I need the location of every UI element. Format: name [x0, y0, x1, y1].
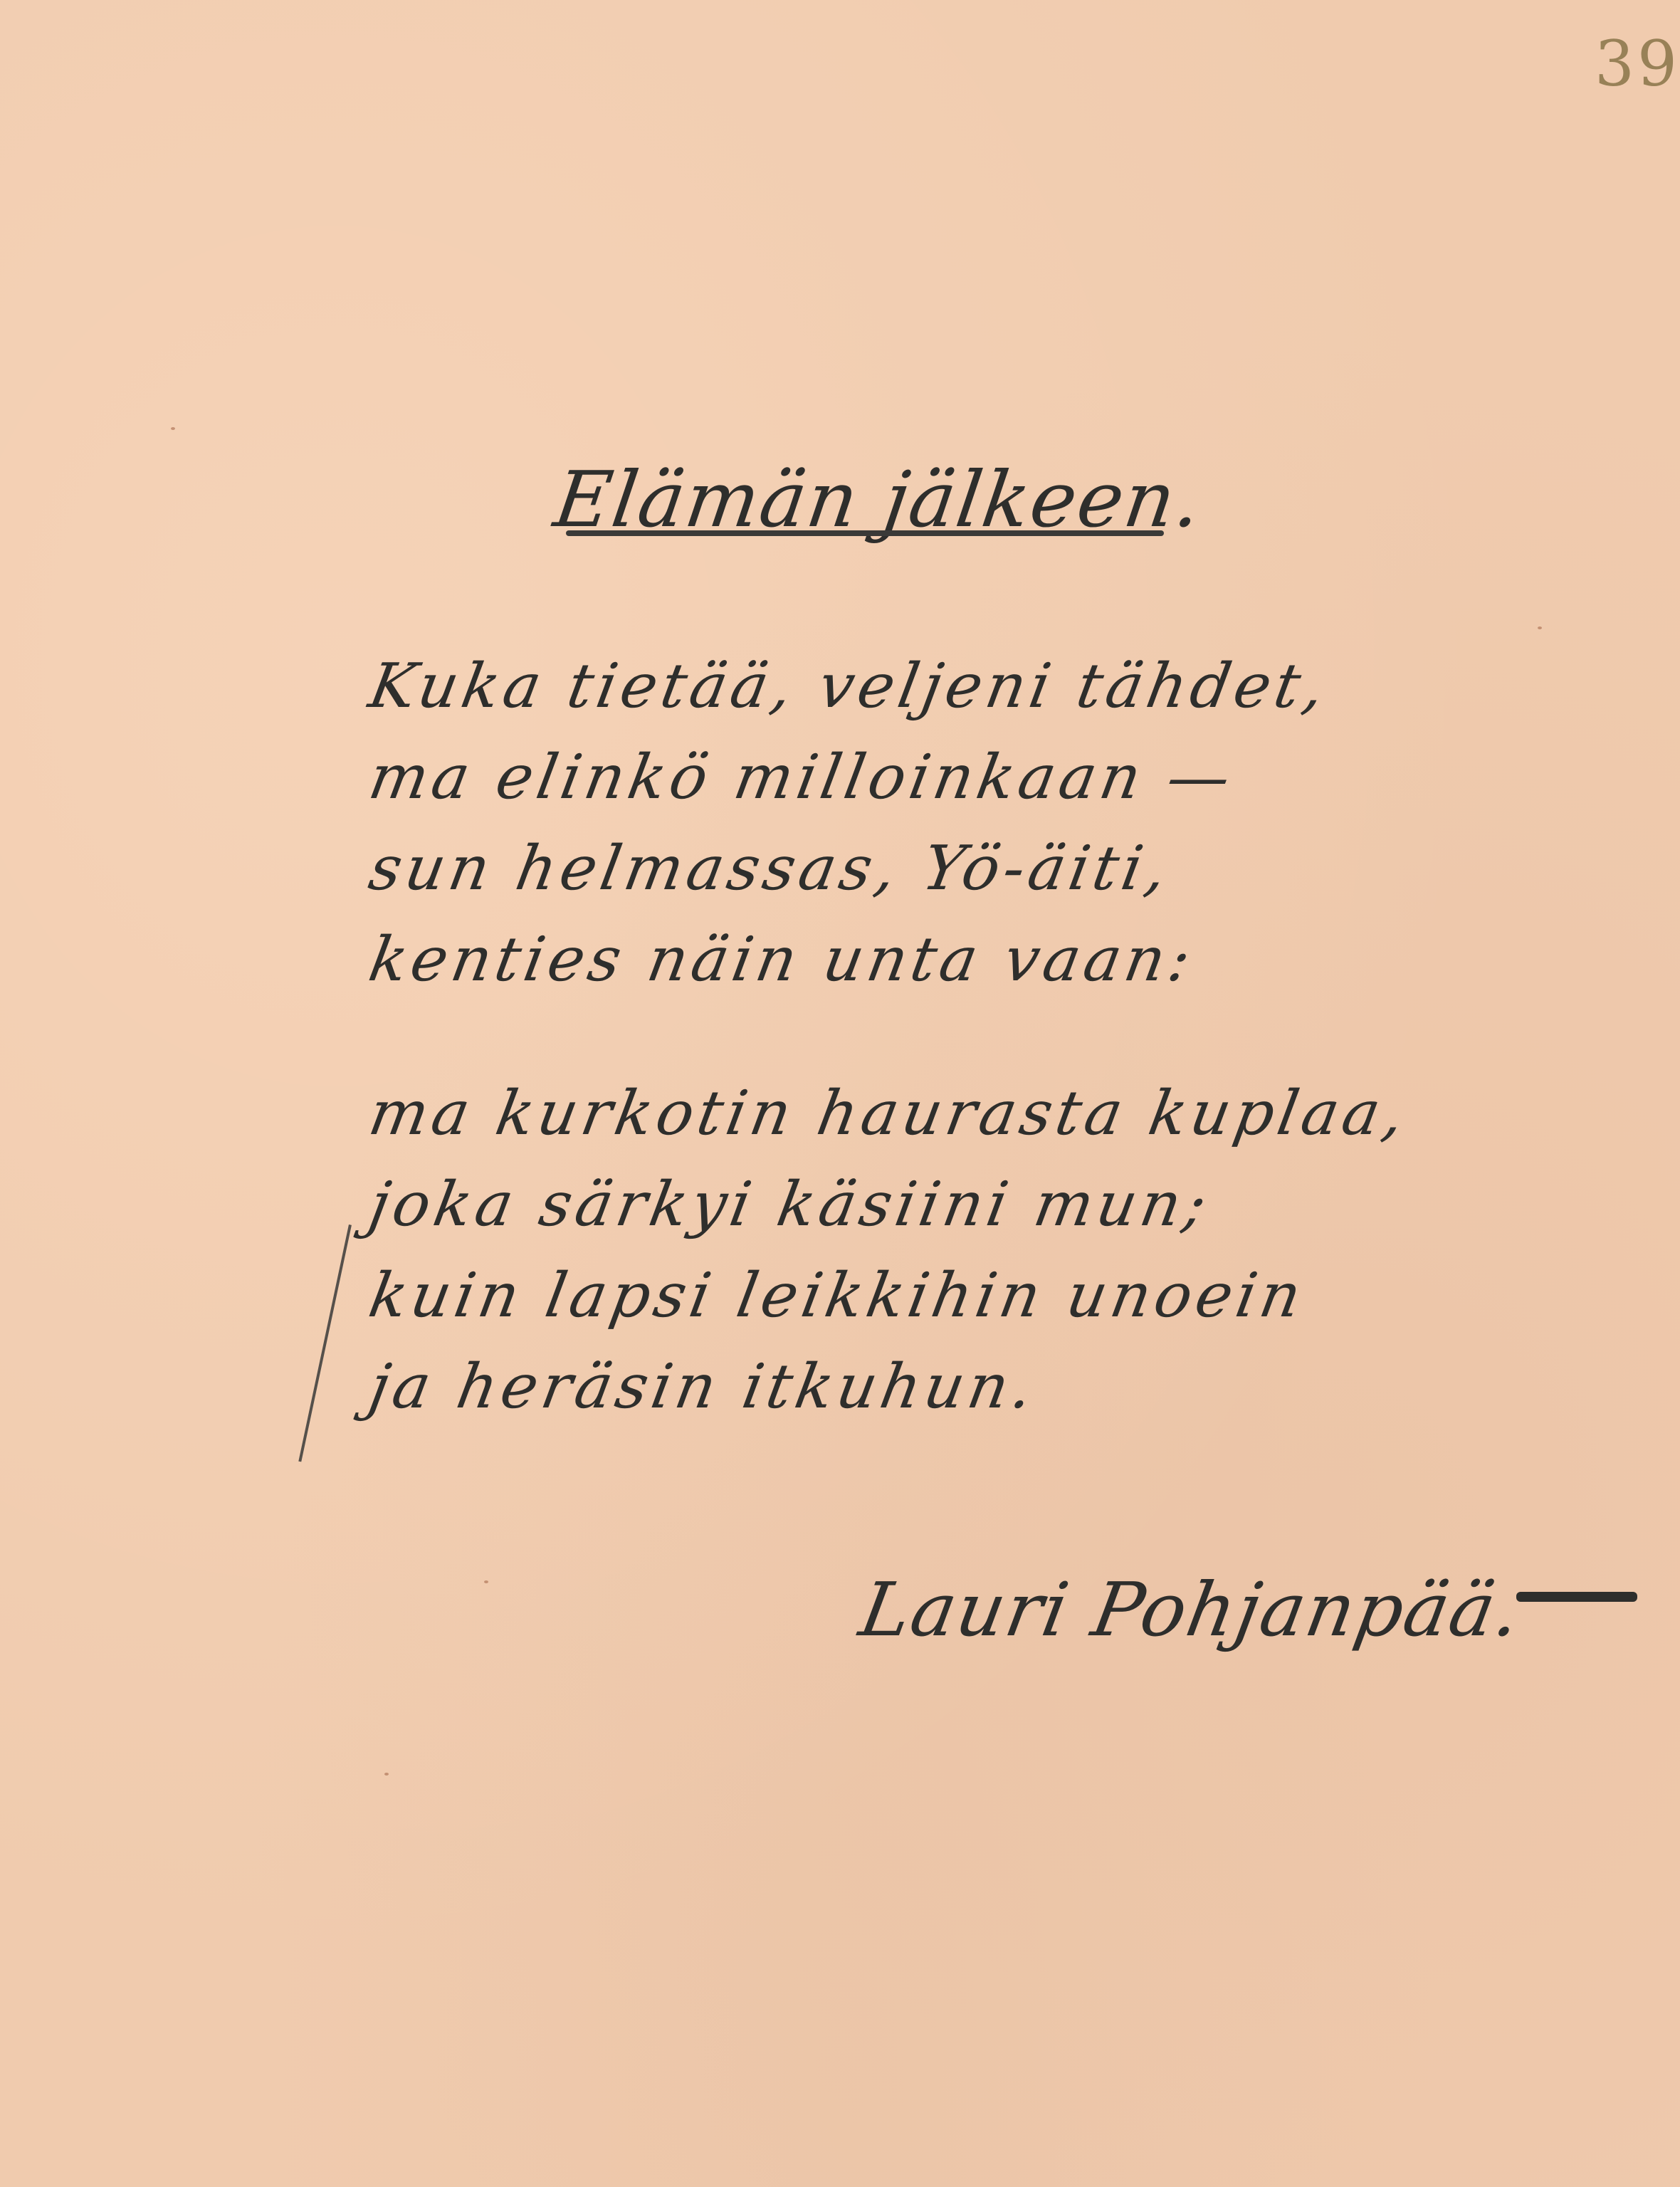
author-signature: Lauri Pohjanpää. — [854, 1566, 1528, 1653]
poem-line: Kuka tietää, veljeni tähdet, — [362, 641, 1336, 732]
stanza-2: ma kurkotin haurasta kuplaa, joka särkyi… — [370, 1068, 1407, 1432]
signature-flourish — [1516, 1592, 1637, 1602]
poem-line: sun helmassas, Yö-äiti, — [362, 823, 1336, 914]
paper-speck — [171, 427, 175, 430]
stanza-1: Kuka tietää, veljeni tähdet, ma elinkö m… — [370, 641, 1328, 1005]
poem-line: ma kurkotin haurasta kuplaa, — [362, 1068, 1416, 1159]
title-underline — [566, 530, 1164, 536]
page-number: 39 — [1587, 27, 1680, 100]
poem-line: kenties näin unta vaan: — [362, 914, 1336, 1005]
poem-line: joka särkyi käsiini mun; — [362, 1159, 1416, 1250]
paper-speck — [384, 1773, 389, 1776]
poem-line: ja heräsin itkuhun. — [362, 1341, 1416, 1432]
paper-speck — [1538, 626, 1542, 629]
paper-speck — [484, 1580, 488, 1583]
poem-line: kuin lapsi leikkihin unoein — [362, 1250, 1416, 1341]
poem-line: ma elinkö milloinkaan — — [362, 732, 1336, 823]
